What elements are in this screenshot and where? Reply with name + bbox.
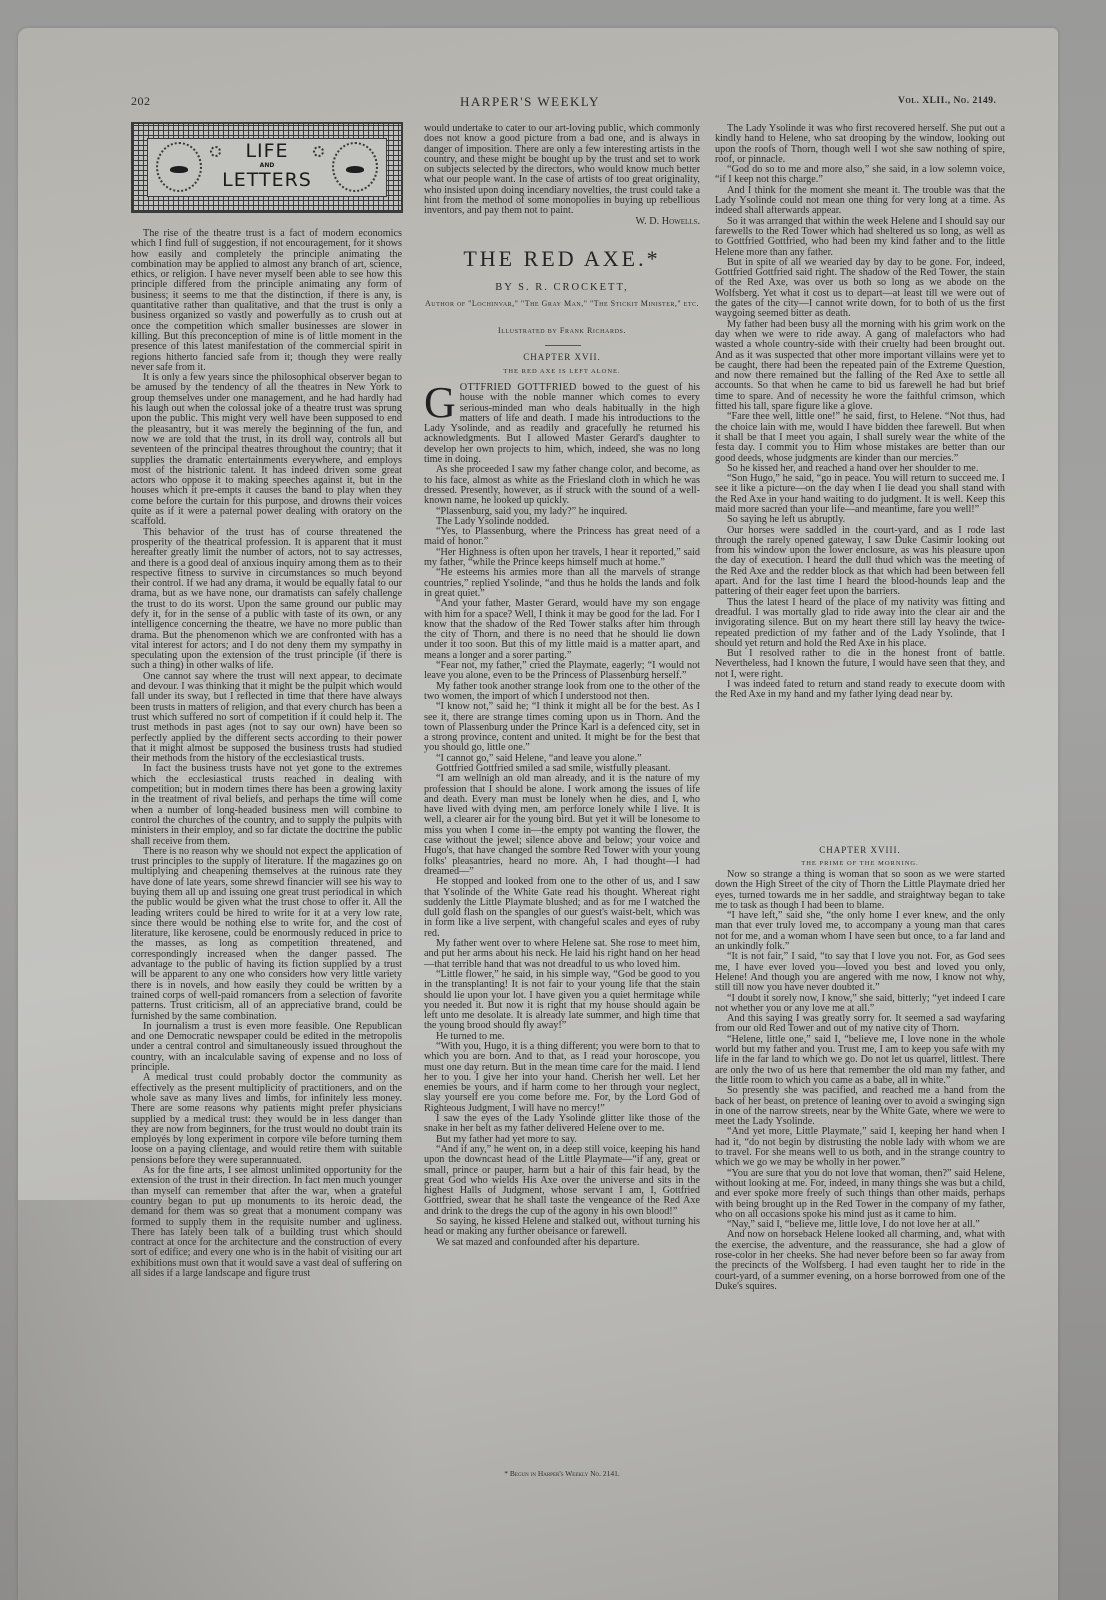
- paragraph: “Son Hugo,” he said, “go in peace. You w…: [715, 474, 1005, 515]
- paragraph: As she proceeded I saw my father change …: [424, 465, 700, 506]
- paragraph-text: bowed to the guest of his house with the…: [424, 382, 700, 465]
- paragraph: “With you, Hugo, it is a thing different…: [424, 1042, 700, 1114]
- illustrator-credit: Illustrated by Frank Richards.: [424, 326, 700, 335]
- paragraph: He stopped and looked from one to the ot…: [424, 877, 700, 939]
- paragraph: “Fare thee well, little one!” he said, f…: [715, 412, 1005, 463]
- paragraph: “Helene, little one,” said I, “believe m…: [715, 1035, 1005, 1086]
- life-and-letters-continuation: would undertake to cater to our art-lovi…: [424, 124, 700, 227]
- paragraph: “I have left,” said she, “the only home …: [715, 911, 1005, 952]
- rosette-icon: [210, 146, 221, 157]
- paragraph: One cannot say where the trust will next…: [131, 672, 402, 765]
- laurel-lamp-icon: [156, 142, 202, 192]
- paragraph: “God do so to me and more also,” she sai…: [715, 165, 1005, 186]
- paragraph: So it was arranged that within the week …: [715, 217, 1005, 258]
- paragraph: There is no reason why we should not exp…: [131, 847, 402, 1022]
- banner-title-letters: LETTERS: [222, 171, 312, 190]
- drop-cap: G: [424, 385, 456, 421]
- paragraph: So presently she was pacified, and reach…: [715, 1086, 1005, 1127]
- paragraph: This behavior of the trust has of course…: [131, 528, 402, 672]
- paragraph: My father had been busy all the morning …: [715, 320, 1005, 413]
- laurel-lamp-icon: [332, 142, 378, 192]
- chapter-heading: CHAPTER XVII.: [424, 352, 700, 362]
- banner-panel: LIFE AND LETTERS: [147, 138, 387, 197]
- paragraph: As for the fine arts, I see almost unlim…: [131, 1166, 402, 1279]
- chapter-heading: CHAPTER XVIII.: [715, 845, 1005, 855]
- paragraph: “And yet more, Little Playmate,” said I,…: [715, 1127, 1005, 1168]
- paragraph: The Lady Ysolinde it was who first recov…: [715, 124, 1005, 165]
- banner-title-life: LIFE: [222, 142, 312, 161]
- banner-title: LIFE AND LETTERS: [222, 142, 312, 190]
- paragraph: The rise of the theatre trust is a fact …: [131, 229, 402, 373]
- paragraph: My father went over to where Helene sat.…: [424, 939, 700, 970]
- paragraph: In fact the business trusts have not yet…: [131, 764, 402, 846]
- paragraph: “He esteems his armies more than all the…: [424, 568, 700, 599]
- paragraph: “Yes, to Plassenburg, where the Princess…: [424, 527, 700, 548]
- paragraph: “I doubt it sorely now, I know,” she sai…: [715, 994, 1005, 1015]
- paragraph: “And if any,” he went on, in a deep stil…: [424, 1145, 700, 1217]
- story-title: THE RED AXE.*: [424, 246, 700, 272]
- story-byline: BY S. R. CROCKETT,: [424, 282, 700, 293]
- paragraph: I saw the eyes of the Lady Ysolinde glit…: [424, 1114, 700, 1135]
- masthead: HARPER'S WEEKLY: [460, 94, 600, 110]
- paragraph: Our horses were saddled in the court-yar…: [715, 526, 1005, 598]
- paragraph: So saying, he kissed Helene and stalked …: [424, 1217, 700, 1238]
- chapter-18-column: Now so strange a thing is woman that so …: [715, 870, 1005, 1292]
- paragraph: It is only a few years since the philoso…: [131, 373, 402, 527]
- paragraph: “Fear not, my father,” cried the Playmat…: [424, 661, 700, 682]
- opening-paragraph: GOTTFRIED GOTTFRIED bowed to the guest o…: [424, 383, 700, 465]
- paragraph: My father took another strange look from…: [424, 682, 700, 703]
- paragraph: “And your father, Master Gerard, would h…: [424, 599, 700, 661]
- paragraph: Thus the latest I heard of the place of …: [715, 598, 1005, 649]
- paragraph: “It is not fair,” I said, “to say that I…: [715, 952, 1005, 993]
- paragraph: “Her Highness is often upon her travels,…: [424, 548, 700, 569]
- paragraph: A medical trust could probably doctor th…: [131, 1073, 402, 1166]
- paragraph: And I think for the moment she meant it.…: [715, 186, 1005, 217]
- page-number: 202: [131, 94, 151, 109]
- paragraph: Now so strange a thing is woman that so …: [715, 870, 1005, 911]
- paragraph: We sat mazed and confounded after his de…: [424, 1238, 700, 1248]
- paragraph: In journalism a trust is even more feasi…: [131, 1022, 402, 1073]
- volume-number: Vol. XLII., No. 2149.: [898, 96, 996, 106]
- paragraph: “You are sure that you do not love that …: [715, 1169, 1005, 1220]
- rosette-icon: [313, 146, 324, 157]
- life-and-letters-banner: LIFE AND LETTERS: [131, 122, 403, 213]
- life-and-letters-column: The rise of the theatre trust is a fact …: [131, 229, 402, 1279]
- chapter-17-column: GOTTFRIED GOTTFRIED bowed to the guest o…: [424, 383, 700, 1248]
- footnote: * Begun in Harper's Weekly No. 2141.: [424, 1469, 700, 1478]
- paragraph: would undertake to cater to our art-lovi…: [424, 124, 700, 217]
- paragraph: And now on horseback Helene looked all c…: [715, 1230, 1005, 1292]
- paragraph: “Little flower,” he said, in his simple …: [424, 970, 700, 1032]
- paragraph: I was indeed fated to return and stand r…: [715, 680, 1005, 701]
- chapter-subtitle: THE RED AXE IS LEFT ALONE.: [424, 368, 700, 375]
- author-signature: W. D. Howells.: [424, 217, 700, 227]
- paragraph: “I am wellnigh an old man already, and i…: [424, 774, 700, 877]
- chapter-subtitle: THE PRIME OF THE MORNING.: [715, 860, 1005, 867]
- paragraph: But in spite of all we wearied day by da…: [715, 258, 1005, 320]
- divider: [545, 345, 581, 346]
- paragraph: And this saying I was greatly sorry for.…: [715, 1014, 1005, 1035]
- chapter-17-continued-column: The Lady Ysolinde it was who first recov…: [715, 124, 1005, 701]
- paragraph: But I resolved rather to die in the hone…: [715, 649, 1005, 680]
- author-credits: Author of "Lochinvar," "The Gray Man," "…: [424, 299, 700, 309]
- paragraph: “I know not,” said he; “I think it might…: [424, 702, 700, 753]
